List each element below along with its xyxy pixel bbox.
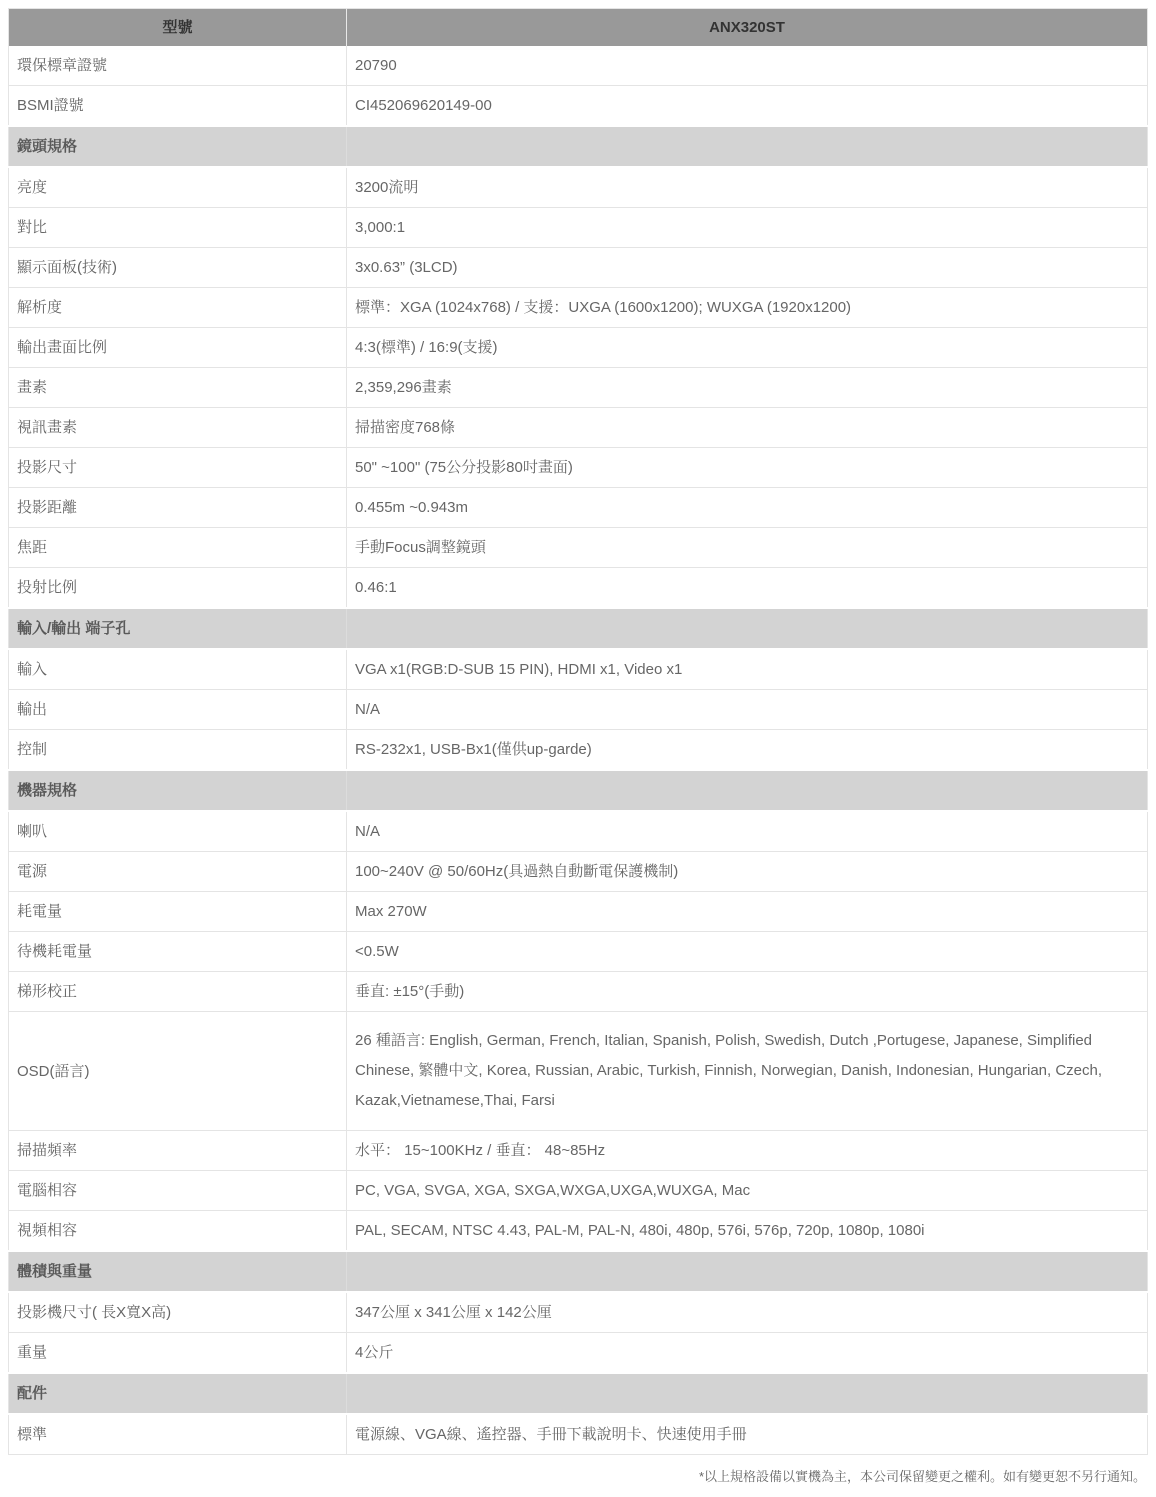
spec-label: 掃描頻率 bbox=[9, 1131, 347, 1171]
spec-row: OSD(語言)26 種語言: English, German, French, … bbox=[9, 1012, 1148, 1131]
spec-label: 顯示面板(技術) bbox=[9, 248, 347, 288]
spec-label: 輸出畫面比例 bbox=[9, 328, 347, 368]
header-model-value: ANX320ST bbox=[347, 9, 1148, 47]
spec-label: 畫素 bbox=[9, 368, 347, 408]
spec-row: 對比3,000:1 bbox=[9, 208, 1148, 248]
spec-row: 視訊畫素掃描密度768條 bbox=[9, 408, 1148, 448]
spec-row: 輸出N/A bbox=[9, 690, 1148, 730]
spec-row: 控制RS-232x1, USB-Bx1(僅供up-garde) bbox=[9, 730, 1148, 771]
spec-value: Max 270W bbox=[347, 892, 1148, 932]
spec-row: 輸入VGA x1(RGB:D-SUB 15 PIN), HDMI x1, Vid… bbox=[9, 649, 1148, 690]
spec-table: 型號 ANX320ST 環保標章證號20790BSMI證號CI452069620… bbox=[8, 8, 1148, 1455]
spec-value: N/A bbox=[347, 811, 1148, 852]
spec-row: 電源100~240V @ 50/60Hz(具過熱自動斷電保護機制) bbox=[9, 852, 1148, 892]
spec-row: 投影距離0.455m ~0.943m bbox=[9, 488, 1148, 528]
spec-table-body: 環保標章證號20790BSMI證號CI452069620149-00鏡頭規格亮度… bbox=[9, 46, 1148, 1455]
spec-value: 0.46:1 bbox=[347, 568, 1148, 609]
spec-label: 投影尺寸 bbox=[9, 448, 347, 488]
section-row: 鏡頭規格 bbox=[9, 126, 1148, 167]
spec-value: 20790 bbox=[347, 46, 1148, 86]
header-model-label: 型號 bbox=[9, 9, 347, 47]
spec-label: 對比 bbox=[9, 208, 347, 248]
spec-row: 亮度3200流明 bbox=[9, 167, 1148, 208]
spec-row: 投射比例0.46:1 bbox=[9, 568, 1148, 609]
spec-value: VGA x1(RGB:D-SUB 15 PIN), HDMI x1, Video… bbox=[347, 649, 1148, 690]
spec-value: 掃描密度768條 bbox=[347, 408, 1148, 448]
disclaimer-note: *以上規格設備以實機為主，本公司保留變更之權利。如有變更恕不另行通知。 bbox=[8, 1455, 1148, 1497]
spec-value: 3200流明 bbox=[347, 167, 1148, 208]
section-title-spacer bbox=[347, 126, 1148, 167]
spec-row: 電腦相容PC, VGA, SVGA, XGA, SXGA,WXGA,UXGA,W… bbox=[9, 1171, 1148, 1211]
spec-label: 耗電量 bbox=[9, 892, 347, 932]
spec-label: 標準 bbox=[9, 1414, 347, 1455]
spec-value: 26 種語言: English, German, French, Italian… bbox=[347, 1012, 1148, 1131]
spec-row: 梯形校正垂直: ±15°(手動) bbox=[9, 972, 1148, 1012]
spec-label: 投影機尺寸( 長X寬X高) bbox=[9, 1292, 347, 1333]
section-title-spacer bbox=[347, 770, 1148, 811]
spec-value: PC, VGA, SVGA, XGA, SXGA,WXGA,UXGA,WUXGA… bbox=[347, 1171, 1148, 1211]
spec-row: 投影尺寸50" ~100" (75公分投影80吋畫面) bbox=[9, 448, 1148, 488]
spec-label: 輸入 bbox=[9, 649, 347, 690]
spec-row: 重量4公斤 bbox=[9, 1333, 1148, 1374]
spec-label: 視頻相容 bbox=[9, 1211, 347, 1252]
spec-value: 3x0.63” (3LCD) bbox=[347, 248, 1148, 288]
spec-label: 投影距離 bbox=[9, 488, 347, 528]
spec-value: 垂直: ±15°(手動) bbox=[347, 972, 1148, 1012]
spec-label: 梯形校正 bbox=[9, 972, 347, 1012]
spec-label: 控制 bbox=[9, 730, 347, 771]
section-title-spacer bbox=[347, 608, 1148, 649]
spec-value: 手動Focus調整鏡頭 bbox=[347, 528, 1148, 568]
spec-label: BSMI證號 bbox=[9, 86, 347, 127]
spec-label: 電源 bbox=[9, 852, 347, 892]
spec-row: 標準電源線、VGA線、遙控器、手冊下載說明卡、快速使用手冊 bbox=[9, 1414, 1148, 1455]
section-title-spacer bbox=[347, 1251, 1148, 1292]
section-title: 機器規格 bbox=[9, 770, 347, 811]
spec-value: 347公厘 x 341公厘 x 142公厘 bbox=[347, 1292, 1148, 1333]
spec-value: N/A bbox=[347, 690, 1148, 730]
section-row: 配件 bbox=[9, 1373, 1148, 1414]
spec-value: RS-232x1, USB-Bx1(僅供up-garde) bbox=[347, 730, 1148, 771]
section-row: 體積與重量 bbox=[9, 1251, 1148, 1292]
spec-value: 50" ~100" (75公分投影80吋畫面) bbox=[347, 448, 1148, 488]
spec-label: 焦距 bbox=[9, 528, 347, 568]
spec-label: 亮度 bbox=[9, 167, 347, 208]
spec-value: 2,359,296畫素 bbox=[347, 368, 1148, 408]
spec-row: 畫素2,359,296畫素 bbox=[9, 368, 1148, 408]
spec-label: 輸出 bbox=[9, 690, 347, 730]
spec-value: <0.5W bbox=[347, 932, 1148, 972]
section-row: 機器規格 bbox=[9, 770, 1148, 811]
spec-label: 環保標章證號 bbox=[9, 46, 347, 86]
spec-value: 標準：XGA (1024x768) / 支援：UXGA (1600x1200);… bbox=[347, 288, 1148, 328]
spec-label: 解析度 bbox=[9, 288, 347, 328]
section-title: 鏡頭規格 bbox=[9, 126, 347, 167]
spec-row: 解析度標準：XGA (1024x768) / 支援：UXGA (1600x120… bbox=[9, 288, 1148, 328]
spec-value: 電源線、VGA線、遙控器、手冊下載說明卡、快速使用手冊 bbox=[347, 1414, 1148, 1455]
spec-row: 耗電量Max 270W bbox=[9, 892, 1148, 932]
spec-value: PAL, SECAM, NTSC 4.43, PAL-M, PAL-N, 480… bbox=[347, 1211, 1148, 1252]
section-title-spacer bbox=[347, 1373, 1148, 1414]
spec-value: 水平： 15~100KHz / 垂直： 48~85Hz bbox=[347, 1131, 1148, 1171]
spec-row: 輸出畫面比例4:3(標準) / 16:9(支援) bbox=[9, 328, 1148, 368]
spec-row: 環保標章證號20790 bbox=[9, 46, 1148, 86]
spec-row: 視頻相容PAL, SECAM, NTSC 4.43, PAL-M, PAL-N,… bbox=[9, 1211, 1148, 1252]
spec-row: BSMI證號CI452069620149-00 bbox=[9, 86, 1148, 127]
spec-value: 4公斤 bbox=[347, 1333, 1148, 1374]
spec-label: 視訊畫素 bbox=[9, 408, 347, 448]
section-title: 配件 bbox=[9, 1373, 347, 1414]
spec-row: 顯示面板(技術)3x0.63” (3LCD) bbox=[9, 248, 1148, 288]
spec-value: 100~240V @ 50/60Hz(具過熱自動斷電保護機制) bbox=[347, 852, 1148, 892]
spec-value: 3,000:1 bbox=[347, 208, 1148, 248]
spec-value: 0.455m ~0.943m bbox=[347, 488, 1148, 528]
section-title: 輸入/輸出 端子孔 bbox=[9, 608, 347, 649]
spec-label: 投射比例 bbox=[9, 568, 347, 609]
section-title: 體積與重量 bbox=[9, 1251, 347, 1292]
spec-value: CI452069620149-00 bbox=[347, 86, 1148, 127]
spec-label: 待機耗電量 bbox=[9, 932, 347, 972]
spec-label: 喇叭 bbox=[9, 811, 347, 852]
section-row: 輸入/輸出 端子孔 bbox=[9, 608, 1148, 649]
spec-page: 型號 ANX320ST 環保標章證號20790BSMI證號CI452069620… bbox=[0, 0, 1156, 1497]
spec-label: 重量 bbox=[9, 1333, 347, 1374]
spec-value: 4:3(標準) / 16:9(支援) bbox=[347, 328, 1148, 368]
spec-label: 電腦相容 bbox=[9, 1171, 347, 1211]
spec-row: 投影機尺寸( 長X寬X高)347公厘 x 341公厘 x 142公厘 bbox=[9, 1292, 1148, 1333]
table-header-row: 型號 ANX320ST bbox=[9, 9, 1148, 47]
spec-label: OSD(語言) bbox=[9, 1012, 347, 1131]
spec-row: 焦距手動Focus調整鏡頭 bbox=[9, 528, 1148, 568]
spec-row: 待機耗電量<0.5W bbox=[9, 932, 1148, 972]
spec-row: 掃描頻率水平： 15~100KHz / 垂直： 48~85Hz bbox=[9, 1131, 1148, 1171]
spec-row: 喇叭N/A bbox=[9, 811, 1148, 852]
